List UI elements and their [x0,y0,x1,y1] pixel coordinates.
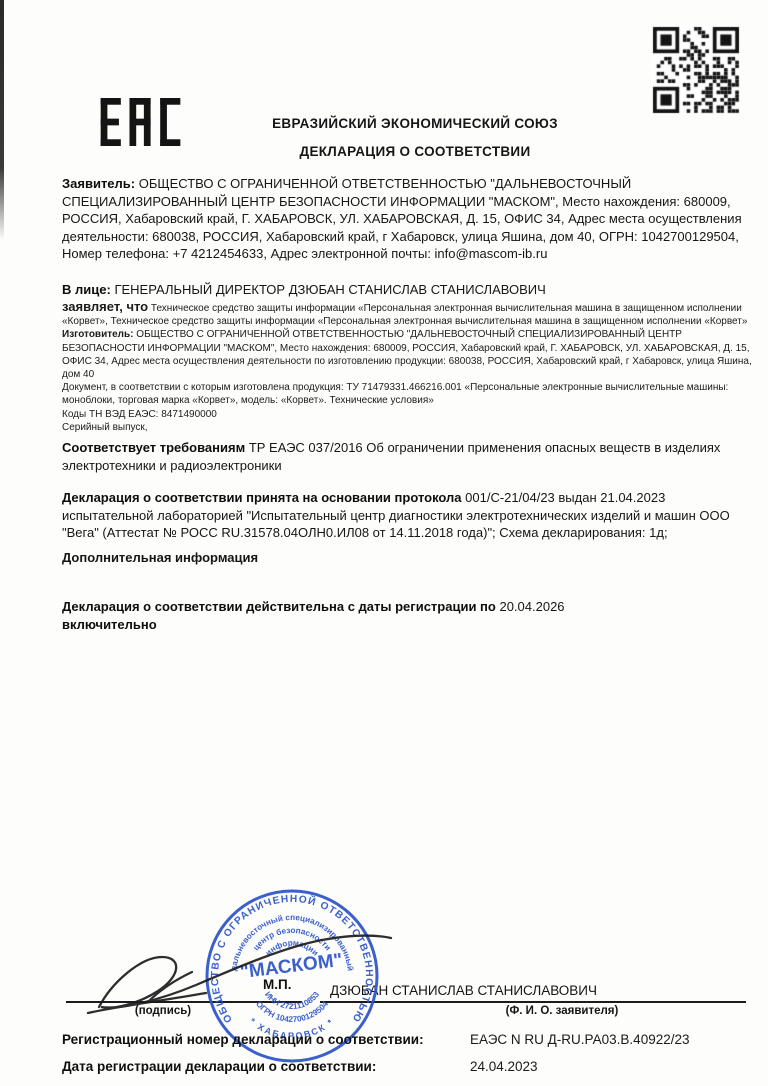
validity-paragraph: Декларация о соответствии действительна … [62,598,754,634]
in-person-line: В лице: ГЕНЕРАЛЬНЫЙ ДИРЕКТОР ДЗЮБАН СТАН… [62,281,754,299]
declaration-subject-block: заявляет, что Техническое средство защит… [62,300,756,434]
applicant-text: ОБЩЕСТВО С ОГРАНИЧЕННОЙ ОТВЕТСТВЕННОСТЬЮ… [62,176,742,261]
union-title: ЕВРАЗИЙСКИЙ ЭКОНОМИЧЕСКИЙ СОЮЗ [90,116,740,131]
manufacturer-text: ОБЩЕСТВО С ОГРАНИЧЕННОЙ ОТВЕТСТВЕННОСТЬЮ… [62,329,752,380]
qr-code [651,25,741,115]
stamp-center-name: "МАСКОМ" [239,950,344,983]
scan-edge-artifact [0,0,4,240]
registration-date-value: 24.04.2023 [470,1059,760,1074]
document-title: ДЕКЛАРАЦИЯ О СООТВЕТСТВИИ [90,144,740,159]
stamp-inn: ИНН 2721110853 [263,990,321,1011]
tnved-code-line: Коды ТН ВЭД ЕАЭС: 8471490000 [62,408,756,421]
validity-date: 20.04.2026 [499,599,564,614]
document-page: { "header": { "union_title": "ЕВРАЗИЙСКИ… [0,0,768,1086]
compliance-label: Соответствует требованиям [62,440,245,455]
in-person-text: ГЕНЕРАЛЬНЫЙ ДИРЕКТОР ДЗЮБАН СТАНИСЛАВ СТ… [114,282,545,297]
declares-line: заявляет, что Техническое средство защит… [62,300,756,328]
additional-info-label: Дополнительная информация [62,549,754,567]
product-document-line: Документ, в соответствии с которым изгот… [62,381,756,407]
applicant-paragraph: Заявитель: ОБЩЕСТВО С ОГРАНИЧЕННОЙ ОТВЕТ… [62,175,754,263]
in-person-label: В лице: [62,282,111,297]
applicant-label: Заявитель: [62,176,135,191]
serial-release-line: Серийный выпуск, [62,421,756,434]
validity-suffix: включительно [62,616,754,634]
registration-number-value: ЕАЭС N RU Д-RU.РА03.В.40922/23 [470,1032,760,1047]
declares-label: заявляет, что [62,299,148,314]
manufacturer-line: Изготовитель: ОБЩЕСТВО С ОГРАНИЧЕННОЙ ОТ… [62,328,756,381]
handwritten-signature [0,0,768,1086]
compliance-paragraph: Соответствует требованиям ТР ЕАЭС 037/20… [62,439,754,475]
manufacturer-label: Изготовитель: [62,329,134,340]
basis-label: Декларация о соответствии принята на осн… [62,490,462,505]
name-line [320,1001,746,1003]
svg-text:ИНН 2721110853: ИНН 2721110853 [263,990,321,1011]
registration-date-label: Дата регистрации декларации о соответств… [62,1059,462,1074]
validity-label: Декларация о соответствии действительна … [62,599,496,614]
registration-number-label: Регистрационный номер декларации о соотв… [62,1032,462,1047]
basis-paragraph: Декларация о соответствии принята на осн… [62,489,754,542]
product-text: Техническое средство защиты информации «… [62,303,747,327]
name-caption: (Ф. И. О. заявителя) [462,1005,662,1017]
